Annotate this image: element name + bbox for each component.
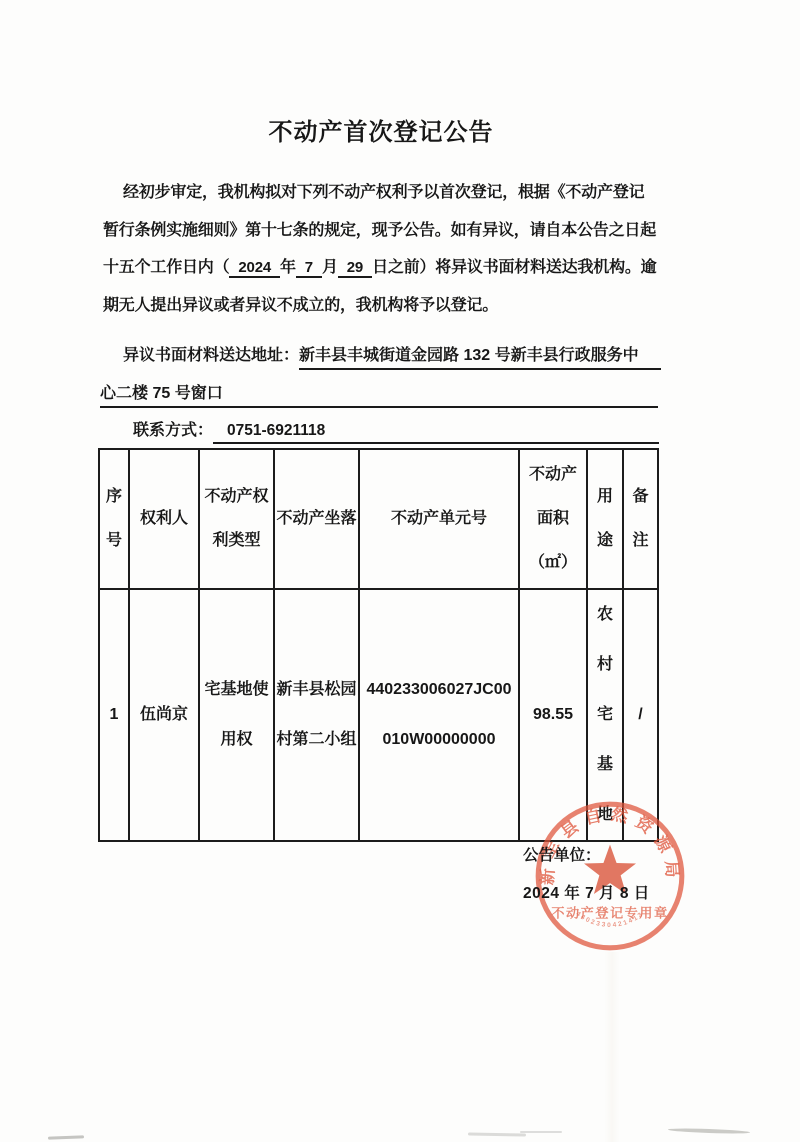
cell-holder: 伍尚京: [129, 589, 199, 841]
col-header-unit-no: 不动产单元号: [359, 449, 519, 589]
announcement-unit-label: 公告单位：: [523, 843, 601, 865]
deadline-suffix: 日之前）将异议书面材料送达我机构。逾: [372, 259, 656, 276]
col-header-location: 不动产坐落: [274, 449, 359, 589]
table-header-row: 序 号 权利人 不动产权 利类型 不动产坐落 不动产单元号 不动产 面积 （㎡）…: [99, 449, 658, 589]
scan-artifact: [520, 1131, 562, 1133]
notice-paragraph: 经初步审定，我机构拟对下列不动产权利予以首次登记，根据《不动产登记 暂行条例实施…: [103, 174, 661, 324]
deadline-year: 2024: [229, 259, 280, 278]
year-unit: 年: [280, 259, 296, 276]
contact-line: 联系方式：0751-6921118: [103, 418, 659, 444]
registration-table: 序 号 权利人 不动产权 利类型 不动产坐落 不动产单元号 不动产 面积 （㎡）…: [98, 448, 659, 842]
announcement-date: 2024 年 7 月 8 日: [523, 881, 650, 903]
scan-artifact: [604, 952, 620, 1142]
col-header-seq: 序 号: [99, 449, 129, 589]
col-header-remark: 备 注: [623, 449, 658, 589]
official-seal: 新丰县自然资源局 不动产登记专用章 4402330421413: [524, 790, 696, 962]
cell-location: 新丰县松园 村第二小组: [274, 589, 359, 841]
address-label: 异议书面材料送达地址：: [123, 342, 299, 370]
cell-unit-no: 440233006027JC00 010W00000000: [359, 589, 519, 841]
cell-seq: 1: [99, 589, 129, 841]
paragraph-line-1: 经初步审定，我机构拟对下列不动产权利予以首次登记，根据《不动产登记: [103, 174, 661, 212]
col-header-right-type: 不动产权 利类型: [199, 449, 274, 589]
contact-label: 联系方式：: [133, 418, 213, 444]
address-value-part2: 心二楼 75 号窗口: [100, 380, 658, 408]
deadline-day: 29: [338, 259, 372, 278]
deadline-prefix: 十五个工作日内（: [103, 259, 229, 276]
cell-right-type: 宅基地使 用权: [199, 589, 274, 841]
deadline-month: 7: [296, 259, 322, 278]
contact-phone: 0751-6921118: [213, 418, 659, 444]
scan-artifact: [48, 1135, 84, 1139]
page-title: 不动产首次登记公告: [103, 112, 659, 147]
paragraph-line-2: 暂行条例实施细则》第十七条的规定，现予公告。如有异议，请自本公告之日起: [103, 212, 661, 250]
seal-bottom-text: 不动产登记专用章: [551, 904, 668, 920]
paragraph-line-3: 十五个工作日内（2024年7月29日之前）将异议书面材料送达我机构。逾: [103, 249, 661, 287]
objection-address-line1: 异议书面材料送达地址：新丰县丰城街道金园路 132 号新丰县行政服务中: [103, 342, 661, 370]
scan-artifact: [468, 1132, 526, 1136]
paragraph-line-4: 期无人提出异议或者异议不成立的，我机构将予以登记。: [103, 287, 661, 325]
col-header-usage: 用 途: [587, 449, 623, 589]
col-header-area: 不动产 面积 （㎡）: [519, 449, 587, 589]
col-header-holder: 权利人: [129, 449, 199, 589]
month-unit: 月: [322, 259, 338, 276]
address-value-part1: 新丰县丰城街道金园路 132 号新丰县行政服务中: [299, 342, 661, 370]
scanned-document-page: 不动产首次登记公告 经初步审定，我机构拟对下列不动产权利予以首次登记，根据《不动…: [0, 0, 800, 1142]
scan-artifact: [668, 1128, 750, 1135]
